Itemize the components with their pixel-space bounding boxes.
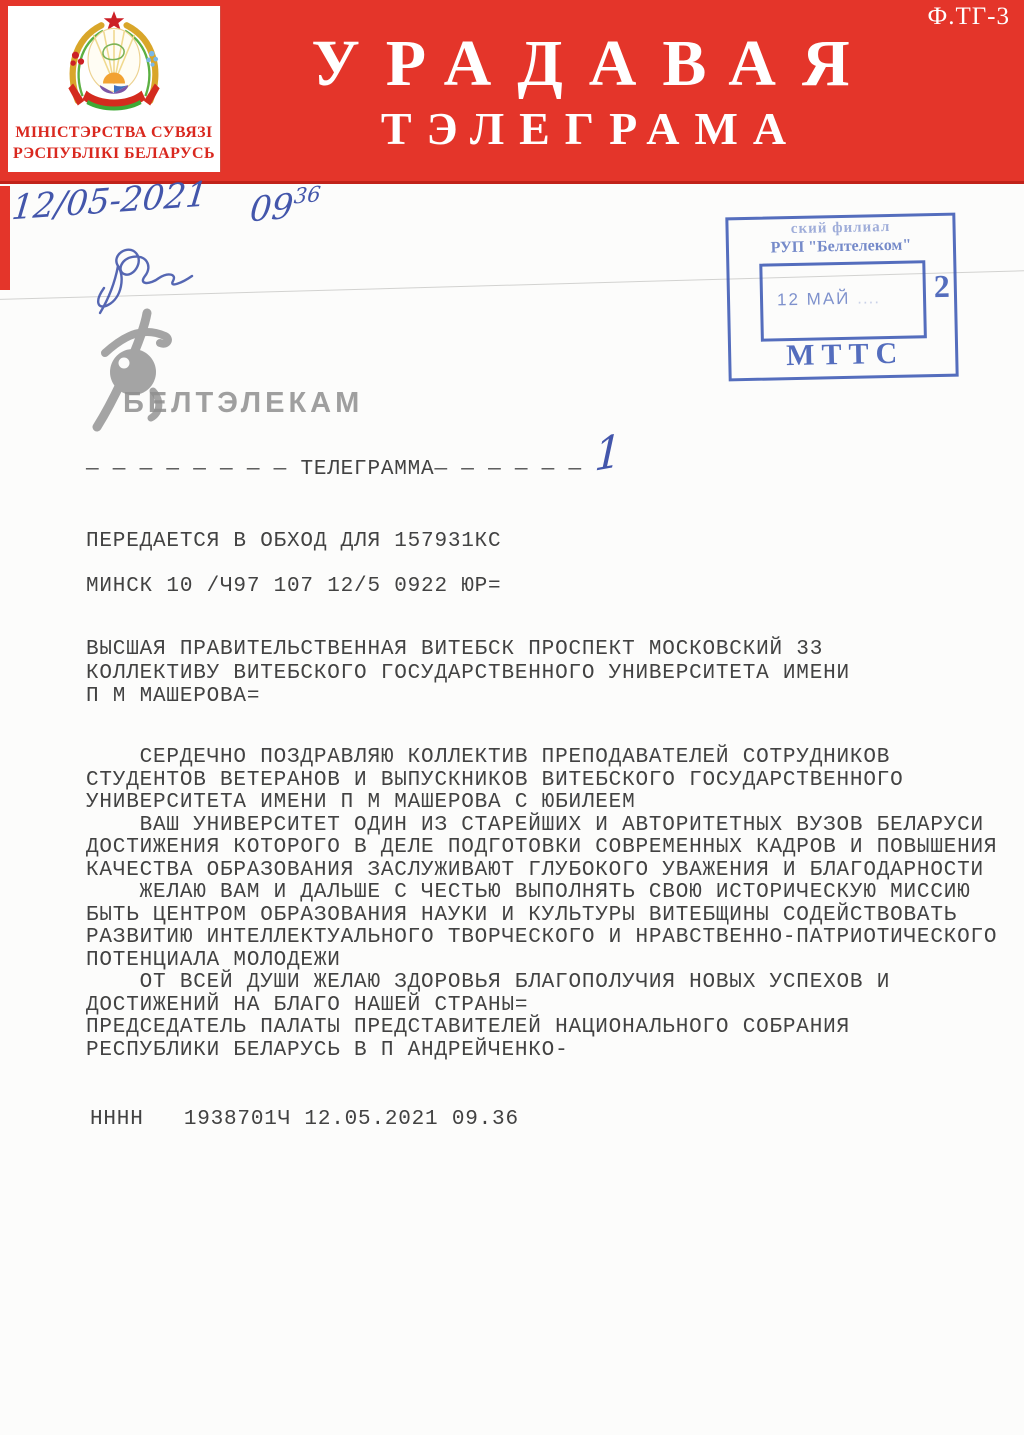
form-title-line2: ТЭЛЕГРАМА <box>214 102 960 155</box>
handwritten-time: 0936 <box>248 182 321 231</box>
routing-line-2: МИНСК 10 /Ч97 107 12/5 0922 ЮР= <box>86 575 501 598</box>
message-body: СЕРДЕЧНО ПОЗДРАВЛЯЮ КОЛЛЕКТИВ ПРЕПОДАВАТ… <box>86 747 997 1062</box>
stamp-date-box: 12 МАЙ .... <box>759 260 927 341</box>
ministry-name: МІНІСТЭРСТВА СУВЯЗІ РЭСПУБЛІКІ БЕЛАРУСЬ <box>8 122 220 164</box>
dashes-right: — — — — — — <box>434 458 581 481</box>
coat-of-arms-icon <box>44 8 184 126</box>
postal-stamp: ский филиал РУП "Белтелеком" 12 МАЙ ....… <box>725 213 958 382</box>
operator-logo: БЕЛТЭЛЕКАМ <box>85 305 415 435</box>
dashes-left: — — — — — — — — <box>86 458 300 481</box>
stamp-branch-line2: РУП "Белтелеком" <box>729 236 953 259</box>
telegram-header-line: — — — — — — — — ТЕЛЕГРАММА— — — — — — <box>86 458 582 481</box>
stamp-date: 12 МАЙ .... <box>777 288 880 310</box>
ministry-name-line2: РЭСПУБЛІКІ БЕЛАРУСЬ <box>8 143 220 164</box>
ministry-name-line1: МІНІСТЭРСТВА СУВЯЗІ <box>8 122 220 143</box>
routing-line-1: ПЕРЕДАЕТСЯ В ОБХОД ДЛЯ 157931КС <box>86 530 501 553</box>
form-title-line1: УРАДАВАЯ <box>214 26 960 102</box>
telegram-label: ТЕЛЕГРАММА <box>300 458 434 481</box>
stamp-number: 2 <box>933 268 950 305</box>
handwritten-page-number: 1 <box>593 425 622 482</box>
address-block: ВЫСШАЯ ПРАВИТЕЛЬСТВЕННАЯ ВИТЕБСК ПРОСПЕК… <box>86 638 850 709</box>
beltelecom-logo-text: БЕЛТЭЛЕКАМ <box>123 387 363 420</box>
form-left-edge <box>0 186 10 290</box>
form-title: УРАДАВАЯ ТЭЛЕГРАМА <box>214 0 960 181</box>
ministry-box: МІНІСТЭРСТВА СУВЯЗІ РЭСПУБЛІКІ БЕЛАРУСЬ <box>8 6 221 172</box>
telegram-scan-page: Ф.ТГ-3 УРАДАВАЯ ТЭЛЕГРАМА <box>0 0 1024 1435</box>
red-form-header: Ф.ТГ-3 УРАДАВАЯ ТЭЛЕГРАМА <box>0 0 1024 184</box>
stamp-office-code: МТТС <box>731 336 956 375</box>
service-footer: НННН 1938701Ч 12.05.2021 09.36 <box>90 1108 519 1131</box>
